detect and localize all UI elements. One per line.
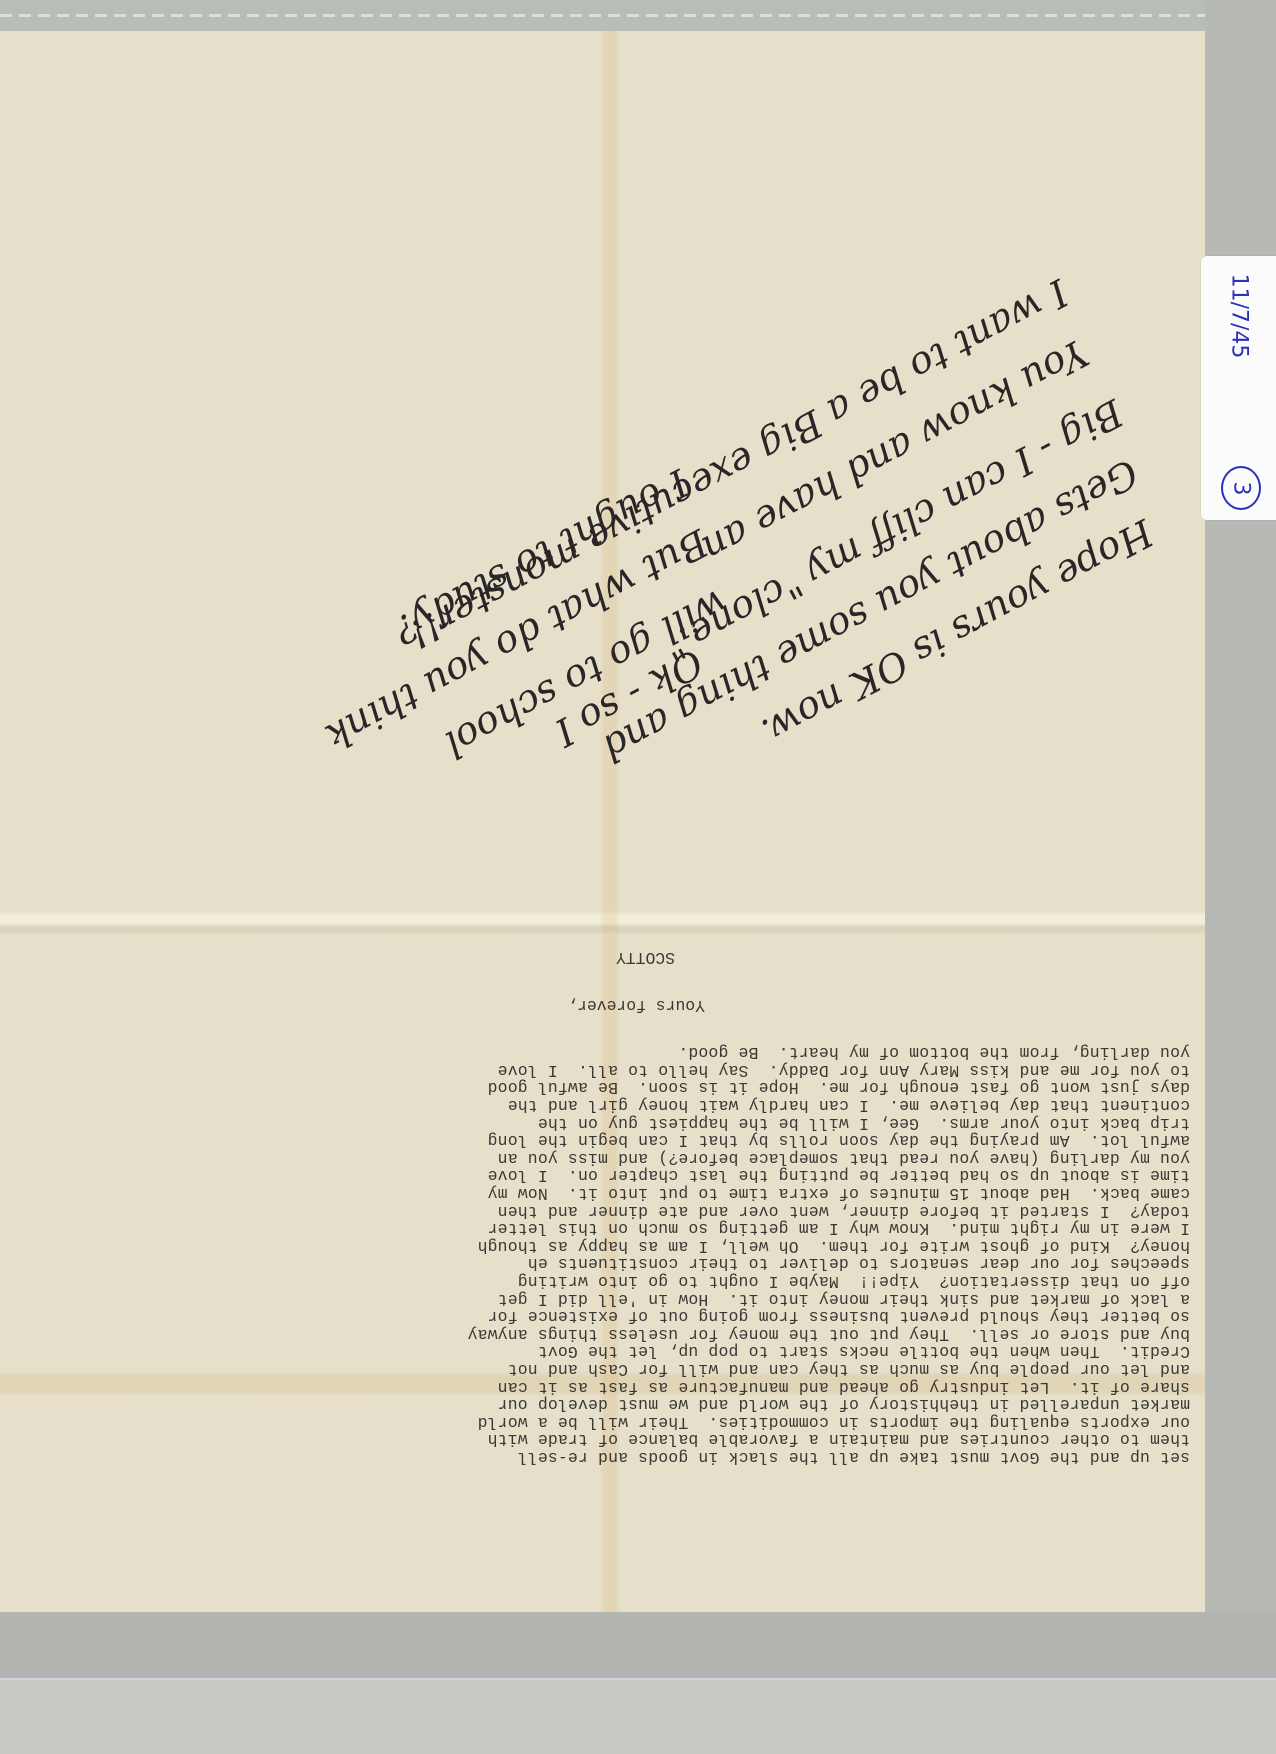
letter-page: set up and the Govt must take up all the… [0, 31, 1205, 1612]
sleeve-stitch-line [0, 14, 1276, 17]
archive-tag: 11/7/45 3 [1201, 256, 1276, 520]
handwritten-postscript: Hope yours is OK now.Gets about you some… [0, 31, 1205, 1612]
tag-page-number-circle: 3 [1221, 466, 1261, 510]
scanner-bottom-border [0, 1612, 1276, 1680]
scanner-right-border [1205, 0, 1276, 1680]
scanner-top-border [0, 0, 1276, 32]
tag-page-number: 3 [1229, 481, 1254, 495]
letter-content-rotated: set up and the Govt must take up all the… [0, 31, 1205, 1612]
tag-date: 11/7/45 [1227, 274, 1252, 359]
